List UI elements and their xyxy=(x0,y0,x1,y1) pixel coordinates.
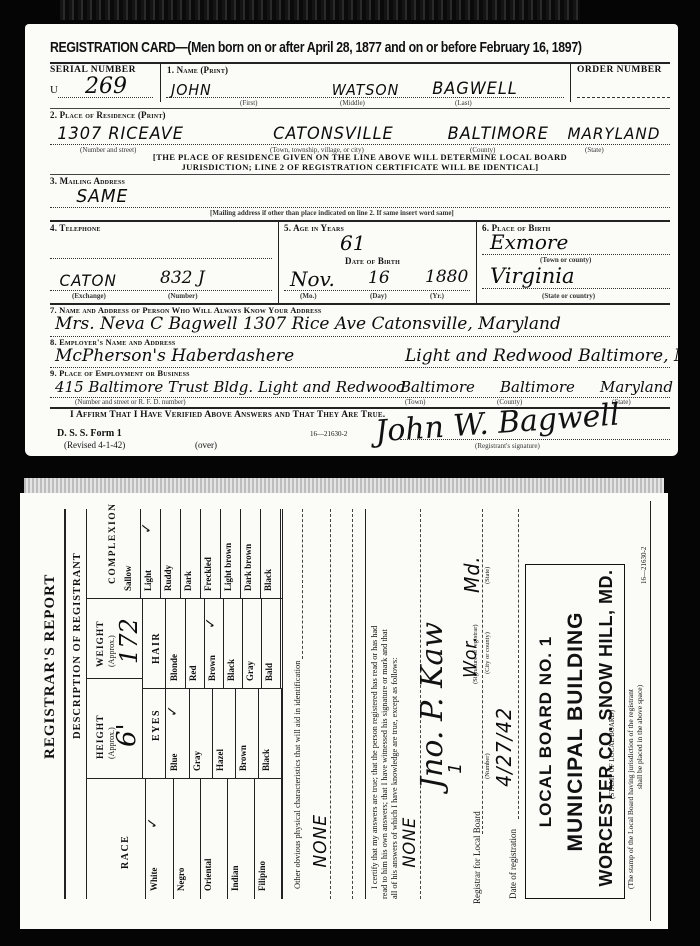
back-print-code: 16—21630-2 xyxy=(640,547,648,584)
divider xyxy=(64,509,66,899)
description-subtitle: DESCRIPTION OF REGISTRANT xyxy=(72,552,83,739)
divider xyxy=(204,599,205,689)
registration-card-front: REGISTRATION CARD—(Men born on or after … xyxy=(25,24,678,456)
divider xyxy=(280,509,281,599)
sub-label: (Yr.) xyxy=(430,292,444,300)
residence-street-value: 1307 RICEAVE xyxy=(57,124,184,144)
last-name-value: BAGWELL xyxy=(432,79,517,99)
height-value: 6' xyxy=(112,723,142,747)
telephone-label: 4. Telephone xyxy=(50,223,101,233)
field-line xyxy=(302,509,303,659)
complexion-option-label: Ruddy xyxy=(163,565,173,591)
divider xyxy=(258,689,259,779)
employment-county-value: Baltimore xyxy=(500,378,575,396)
residence-town-value: CATONSVILLE xyxy=(273,124,394,144)
residence-county-value: BALTIMORE xyxy=(448,124,549,144)
form-id: D. S. S. Form 1 xyxy=(57,428,122,439)
weight-header: WEIGHT xyxy=(96,620,106,667)
divider xyxy=(142,599,143,779)
mailing-address-label: 3. Mailing Address xyxy=(50,176,125,186)
sub-label: (Middle) xyxy=(340,99,365,107)
height-header: HEIGHT xyxy=(96,714,106,759)
divider xyxy=(50,174,670,175)
form-revised: (Revised 4-1-42) xyxy=(64,440,125,450)
serial-prefix: U xyxy=(50,84,58,96)
residence-label: 2. Place of Residence (Print) xyxy=(50,110,166,120)
complexion-option-label: Freckled xyxy=(203,557,213,591)
divider xyxy=(200,779,201,899)
field-line xyxy=(50,207,670,208)
divider xyxy=(365,509,366,899)
field-line xyxy=(577,97,670,98)
print-code: 16—21630-2 xyxy=(310,430,347,438)
hair-option-label: Blonde xyxy=(169,654,179,681)
divider xyxy=(173,779,174,899)
contact-person-value: Mrs. Neva C Bagwell 1307 Rice Ave Catons… xyxy=(55,314,561,334)
divider xyxy=(86,678,142,679)
hair-option-label: Black xyxy=(226,659,236,681)
birth-day-value: 16 xyxy=(368,268,390,288)
signature-label: (Registrant's signature) xyxy=(475,442,540,450)
checkmark-icon: ✓ xyxy=(165,705,181,717)
field-line xyxy=(482,288,670,289)
sub-label: (State or country) xyxy=(542,292,595,300)
first-name-value: JOHN xyxy=(171,81,212,99)
sub-label: (Town or county) xyxy=(540,256,591,264)
employer-name-value: McPherson's Haberdashere xyxy=(55,346,294,366)
complexion-header: COMPLEXION xyxy=(108,503,118,585)
sub-label: (Number) xyxy=(484,753,491,779)
sub-label: (Number) xyxy=(168,292,198,300)
notice-line: JURISDICTION; LINE 2 OF REGISTRATION CER… xyxy=(50,162,670,172)
sub-label: (Number and street or R. F. D. number) xyxy=(75,398,186,406)
employer-address-value: Light and Redwood Baltimore, Md. xyxy=(405,346,678,366)
divider xyxy=(185,599,186,689)
registration-date-value: 4/27/42 xyxy=(492,707,516,787)
checkmark-icon: ✓ xyxy=(145,817,161,829)
divider xyxy=(650,501,651,921)
divider xyxy=(160,64,161,102)
card-title: REGISTRATION CARD—(Men born on or after … xyxy=(50,39,582,56)
stamp-line: LOCAL BOARD NO. 1 xyxy=(536,565,556,898)
stamp-note: (The stamp of the Local Board having jur… xyxy=(626,689,635,889)
sub-label: (City or county) xyxy=(484,632,491,674)
age-label: 5. Age in Years xyxy=(284,223,344,233)
divider xyxy=(86,598,282,599)
sub-label: (Exchange) xyxy=(72,292,106,300)
sub-label: (State) xyxy=(484,567,491,584)
employment-town-value: Baltimore xyxy=(400,378,475,396)
divider xyxy=(240,509,241,599)
divider xyxy=(50,62,670,64)
divider xyxy=(189,689,190,779)
divider xyxy=(570,64,571,102)
birth-town-value: Exmore xyxy=(490,230,568,254)
sub-label: (Day) xyxy=(370,292,387,300)
divider xyxy=(476,221,477,303)
field-line xyxy=(482,254,670,255)
divider xyxy=(281,689,282,779)
mailing-address-value: SAME xyxy=(76,186,128,207)
divider xyxy=(160,509,161,599)
sub-label: (Last) xyxy=(455,99,472,107)
birth-month-value: Nov. xyxy=(290,267,335,291)
certification-line: I certify that my answers are true; that… xyxy=(370,626,379,889)
certification-line: read to him his own answers; that I have… xyxy=(380,629,389,899)
name-label: 1. Name (Print) xyxy=(167,65,228,75)
eyes-option-label: Blue xyxy=(169,753,179,771)
registration-date-label: Date of registration xyxy=(508,829,518,899)
divider xyxy=(212,689,213,779)
eyes-option-label: Gray xyxy=(192,751,202,771)
employment-street-value: 415 Baltimore Trust Bldg. Light and Redw… xyxy=(55,378,406,396)
divider xyxy=(235,689,236,779)
registration-card-back: REGISTRAR'S REPORT DESCRIPTION OF REGIST… xyxy=(20,493,668,929)
race-option-label: Negro xyxy=(176,868,186,891)
divider xyxy=(145,779,146,899)
registrar-county-value: Wor. xyxy=(460,636,481,678)
field-line xyxy=(330,509,331,899)
jurisdiction-notice: [THE PLACE OF RESIDENCE GIVEN ON THE LIN… xyxy=(50,152,670,172)
checkmark-icon: ✓ xyxy=(139,522,155,534)
divider xyxy=(200,509,201,599)
residence-state-value: MARYLAND xyxy=(567,124,660,143)
field-line xyxy=(352,509,353,899)
divider xyxy=(260,509,261,599)
telephone-number-value: 832 J xyxy=(160,268,205,288)
divider xyxy=(50,220,670,222)
eyes-header: EYES xyxy=(151,709,162,741)
middle-name-value: WATSON xyxy=(332,81,399,99)
affirmation-text: I Affirm That I Have Verified Above Answ… xyxy=(70,410,385,420)
registrar-label: Registrar for Local Board xyxy=(472,811,482,904)
eyes-option-label: Hazel xyxy=(215,749,225,771)
hair-option-label: Bald xyxy=(264,663,274,681)
complexion-option-label: Sallow xyxy=(123,565,133,591)
registrar-state-value: Md. xyxy=(460,556,484,593)
eyes-option-label: Brown xyxy=(238,745,248,771)
race-option-label: Indian xyxy=(230,865,240,891)
notice-line: [THE PLACE OF RESIDENCE GIVEN ON THE LIN… xyxy=(50,152,670,162)
field-line xyxy=(50,290,272,291)
divider xyxy=(242,599,243,689)
complexion-option-label: Light brown xyxy=(223,543,233,591)
employment-place-label: 9. Place of Employment or Business xyxy=(50,368,190,378)
divider xyxy=(50,108,670,109)
order-number-label: ORDER NUMBER xyxy=(577,65,662,75)
divider xyxy=(227,779,228,899)
hair-option-label: Gray xyxy=(245,661,255,681)
field-line xyxy=(400,439,670,440)
divider xyxy=(281,779,282,899)
birth-date-label: Date of Birth xyxy=(345,256,400,266)
stamp-note: shall be placed in the above space) xyxy=(635,685,644,789)
complexion-option-label: Dark brown xyxy=(243,544,253,591)
certification-line: all of his answers of which I have knowl… xyxy=(390,658,399,899)
stamp-label: (STAMP OF LOCAL BOARD) xyxy=(608,710,616,799)
field-line xyxy=(284,290,470,291)
divider xyxy=(261,599,262,689)
board-number-value: 1 xyxy=(445,762,466,774)
divider xyxy=(282,509,283,899)
race-option-label: Oriental xyxy=(203,859,213,892)
race-option-label: White xyxy=(149,868,159,892)
eyes-option-label: Black xyxy=(261,749,271,771)
birth-year-value: 1880 xyxy=(425,267,468,287)
divider xyxy=(278,221,279,303)
registrars-report-title: REGISTRAR'S REPORT xyxy=(42,574,59,759)
race-option-label: Filipino xyxy=(257,861,267,891)
stamp-line: MUNICIPAL BUILDING xyxy=(564,565,588,898)
sub-label: (Mo.) xyxy=(300,292,317,300)
telephone-exchange-value: CATON xyxy=(60,271,117,290)
age-value: 61 xyxy=(340,231,365,255)
divider xyxy=(180,509,181,599)
field-line xyxy=(50,144,670,145)
divider xyxy=(223,599,224,689)
hair-header: HAIR xyxy=(151,632,162,664)
divider xyxy=(254,779,255,899)
other-characteristics-label: Other obvious physical characteristics t… xyxy=(292,661,302,890)
certification-exception-value: NONE xyxy=(400,817,420,868)
field-line xyxy=(482,509,483,834)
divider xyxy=(165,599,166,779)
hair-option-label: Red xyxy=(188,666,198,682)
checkmark-icon: ✓ xyxy=(203,617,219,629)
field-line xyxy=(518,509,519,819)
hair-option-label: Brown xyxy=(207,655,217,681)
complexion-option-label: Light xyxy=(143,570,153,591)
divider xyxy=(86,509,87,899)
other-characteristics-value: NONE xyxy=(310,814,331,868)
sub-label: (Town) xyxy=(405,398,426,406)
complexion-option-label: Black xyxy=(263,569,273,591)
sub-label: (First) xyxy=(240,99,258,107)
divider xyxy=(86,778,282,779)
birth-state-value: Virginia xyxy=(490,264,574,288)
over-note: (over) xyxy=(195,440,217,450)
divider xyxy=(280,599,281,689)
weight-value: 172 xyxy=(115,618,143,664)
divider xyxy=(220,509,221,599)
serial-number-value: 269 xyxy=(85,74,127,99)
employment-state-value: Maryland xyxy=(600,378,673,396)
field-line xyxy=(50,258,272,259)
race-header: RACE xyxy=(120,835,131,869)
scan-background-noise xyxy=(60,0,580,20)
complexion-option-label: Dark xyxy=(183,571,193,591)
mailing-note: [Mailing address if other than place ind… xyxy=(210,209,454,217)
